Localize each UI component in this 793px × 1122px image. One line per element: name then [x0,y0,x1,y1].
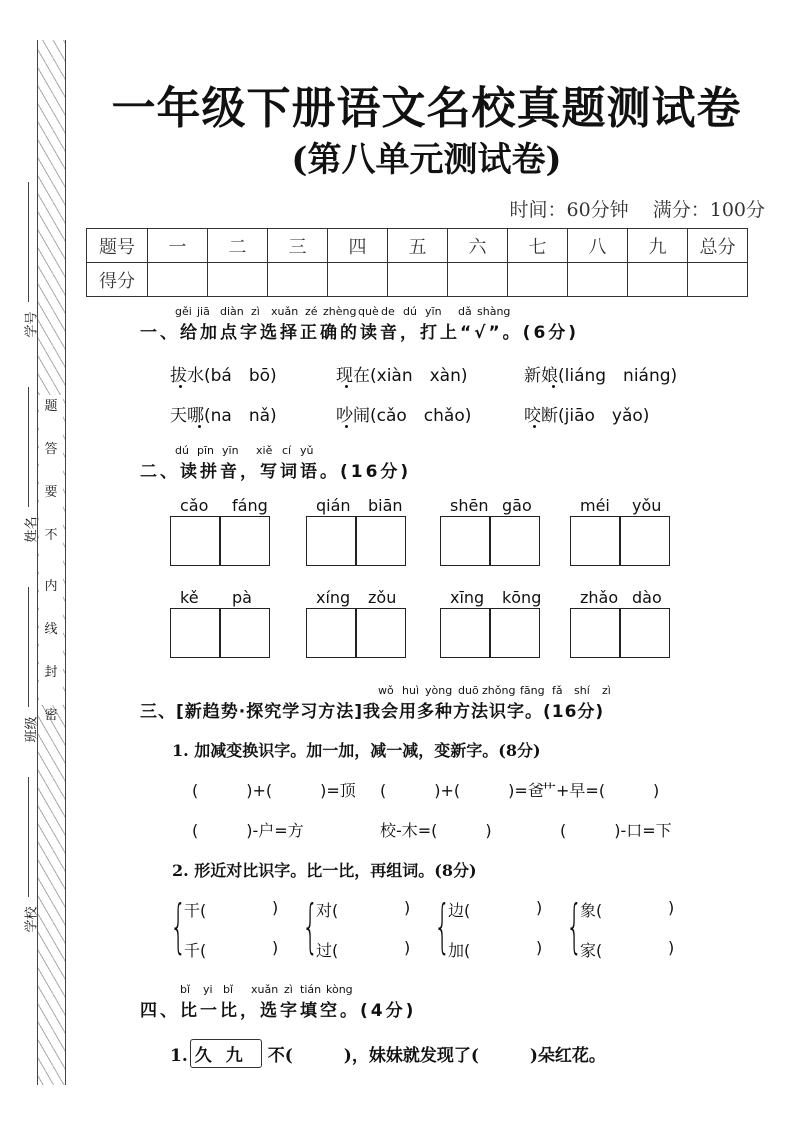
pinyin: shí [574,684,590,697]
section-3-pinyin: wǒhuìyòngduōzhǒngfāngfǎshízì [140,684,760,697]
word-pinyin: biān [368,496,403,515]
word-pair-item[interactable]: 对( [316,898,338,921]
equation-blank[interactable]: ( )-户=方 [192,818,304,841]
writing-box[interactable] [170,516,220,566]
score-table: 题号一二三四五六七八九总分 得分 [86,228,748,297]
pinyin: xuǎn [271,305,298,318]
seal-char: 密 [43,704,59,723]
writing-box[interactable] [306,608,356,658]
equation-blank[interactable]: 校-木=( ) [380,818,492,841]
writing-box[interactable] [490,608,540,658]
seal-char: 封 [43,661,59,680]
word-pair-item[interactable]: 边( [448,898,470,921]
pinyin: wǒ [378,684,394,697]
seal-char: 题 [43,395,59,414]
section-2-pinyin: dúpīnyīnxiěcíyǔ [140,444,760,457]
writing-box[interactable] [490,516,540,566]
pinyin: zé [305,305,318,318]
pinyin: bǐ [180,983,190,996]
word-pair-group: {干()千() [170,896,290,960]
pinyin: què [358,305,379,318]
writing-box[interactable] [440,608,490,658]
pinyin: zì [602,684,611,697]
word-pair-item[interactable]: 千( [184,938,206,961]
word-pinyin: shēn [450,496,488,515]
emphasis-dot [345,385,348,388]
pinyin: yǔ [300,444,313,457]
score-header-cell: 总分 [688,229,748,263]
score-table-score-row: 得分 [87,263,748,297]
field-input-line[interactable] [28,777,29,897]
score-header-cell: 九 [628,229,688,263]
word-pair-group: {象()家() [566,896,686,960]
fill-blank-sentence[interactable]: 不( )，妹妹就发现了( )朵红花。 [268,1046,606,1066]
word-pair-item[interactable]: 干( [184,898,206,921]
score-cell[interactable] [268,263,328,297]
equation-blank[interactable]: ( )+( )=顶 [192,778,356,801]
word-pinyin: cǎo [180,496,208,515]
writing-box[interactable] [306,516,356,566]
score-table-header-row: 题号一二三四五六七八九总分 [87,229,748,263]
emphasis-dot [552,385,555,388]
section-4-heading: 四、比一比，选字填空。(4分) [140,996,760,1021]
pinyin: cí [282,444,291,457]
word-pair-item[interactable]: 家( [580,938,602,961]
pinyin: de [381,305,395,318]
section-4-q1: 1.久九不( )，妹妹就发现了( )朵红花。 [170,1039,606,1068]
section-4-pinyin: bǐyibǐxuǎnzìtiánkòng [140,983,760,996]
word-pinyin: qián [316,496,351,515]
score-cell[interactable] [388,263,448,297]
pinyin: zì [284,983,293,996]
pinyin: dǎ [458,305,472,318]
pinyin: huì [402,684,419,697]
pinyin: zì [251,305,260,318]
writing-box[interactable] [440,516,490,566]
close-paren: ) [668,898,674,917]
close-paren: ) [272,938,278,957]
word-pair-item[interactable]: 加( [448,938,470,961]
close-paren: ) [536,938,542,957]
pinyin: zhǒng [482,684,515,697]
pinyin: jiā [197,305,210,318]
pinyin: duō [458,684,479,697]
score-header-cell: 七 [508,229,568,263]
section-1-pinyin: gěijiādiànzìxuǎnzézhèngquèdedúyīndǎshàng [140,305,760,318]
score-cell[interactable] [208,263,268,297]
seal-char: 要 [43,481,59,500]
word-pair-group: {边()加() [434,896,554,960]
field-label-学号: 学号 [21,305,40,345]
word-pinyin: zhǎo [580,588,618,607]
word-pair-item[interactable]: 象( [580,898,602,921]
score-header-cell: 八 [568,229,628,263]
writing-box[interactable] [170,608,220,658]
field-input-line[interactable] [28,182,29,302]
pinyin: kòng [326,983,353,996]
writing-box[interactable] [356,608,406,658]
pinyin: diàn [220,305,244,318]
close-paren: ) [536,898,542,917]
word-pinyin: xīng [450,588,484,607]
word-pinyin: zǒu [368,588,396,607]
question-number: 1. [170,1046,188,1066]
pinyin: bǐ [223,983,233,996]
pronunciation-choice[interactable]: 拔水(bá bō) [170,361,277,386]
writing-box[interactable] [570,608,620,658]
pinyin: yīn [425,305,442,318]
pinyin: xuǎn [251,983,278,996]
writing-box[interactable] [570,516,620,566]
writing-box[interactable] [356,516,406,566]
score-header-cell: 二 [208,229,268,263]
score-header-cell: 三 [268,229,328,263]
pronunciation-choice[interactable]: 咬断(jiāo yǎo) [524,401,649,426]
equation-blank[interactable]: ( )+( )=爸 [380,778,544,801]
pinyin: xiě [256,444,272,457]
writing-box[interactable] [620,516,670,566]
page-subtitle: (第八单元测试卷) [0,132,793,181]
choice-box: 久九 [190,1039,262,1068]
seal-char: 内 [43,575,59,594]
pinyin: yi [203,983,213,996]
score-header-cell: 题号 [87,229,148,263]
emphasis-dot [198,425,201,428]
equation-blank[interactable]: ( )-口=下 [560,818,672,841]
writing-box[interactable] [220,608,270,658]
seal-char: 线 [43,618,59,637]
word-pair-group: {对()过() [302,896,422,960]
word-pinyin: xíng [316,588,350,607]
word-pinyin: gāo [502,496,532,515]
time-limit: 时间：60分钟 [510,199,629,221]
word-pinyin: yǒu [632,496,661,515]
section-1: gěijiādiànzìxuǎnzézhèngquèdedúyīndǎshàng… [140,305,760,343]
score-cell[interactable] [688,263,748,297]
section-2-heading: 二、读拼音，写词语。(16分) [140,457,760,482]
pinyin: pīn [197,444,214,457]
section-1-heading: 一、给加点字选择正确的读音，打上“√”。(6分) [140,318,760,343]
score-cell[interactable] [148,263,208,297]
pinyin: zhèng [323,305,356,318]
equation-blank[interactable]: 艹+早=( ) [540,778,659,801]
score-header-cell: 一 [148,229,208,263]
score-cell[interactable] [508,263,568,297]
score-cell[interactable] [568,263,628,297]
page-title: 一年级下册语文名校真题测试卷 [0,72,793,136]
score-header-cell: 五 [388,229,448,263]
writing-box[interactable] [620,608,670,658]
pronunciation-choice[interactable]: 吵闹(cǎo chǎo) [336,401,471,426]
field-label-班级: 班级 [21,710,40,750]
writing-box[interactable] [220,516,270,566]
close-paren: ) [404,938,410,957]
score-cell[interactable] [448,263,508,297]
word-pinyin: méi [580,496,610,515]
section-2: dúpīnyīnxiěcíyǔ 二、读拼音，写词语。(16分) cǎofángq… [140,444,760,482]
full-score: 满分：100分 [653,199,765,221]
word-pinyin: dào [632,588,662,607]
seal-char: 答 [43,438,59,457]
section-3-q2-label: 2. 形近对比识字。比一比，再组词。(8分) [172,858,477,881]
field-label-姓名: 姓名 [21,510,40,550]
word-pinyin: pà [232,588,252,607]
pinyin: tián [300,983,321,996]
exam-meta: 时间：60分钟 满分：100分 [492,195,766,222]
word-pair-item[interactable]: 过( [316,938,338,961]
score-header-cell: 四 [328,229,388,263]
score-row-label: 得分 [87,263,148,297]
close-paren: ) [404,898,410,917]
section-3-heading: 三、[新趋势·探究学习方法]我会用多种方法识字。(16分) [140,697,760,722]
field-label-学校: 学校 [21,900,40,940]
word-pinyin: fáng [232,496,268,515]
emphasis-dot [179,385,182,388]
close-paren: ) [668,938,674,957]
score-header-cell: 六 [448,229,508,263]
close-paren: ) [272,898,278,917]
score-cell[interactable] [328,263,388,297]
pronunciation-choice[interactable]: 现在(xiàn xàn) [336,361,468,386]
pinyin: yòng [425,684,452,697]
emphasis-dot [345,425,348,428]
field-input-line[interactable] [28,387,29,507]
field-input-line[interactable] [28,587,29,707]
pinyin: shàng [477,305,510,318]
section-4: bǐyibǐxuǎnzìtiánkòng 四、比一比，选字填空。(4分) 1.久… [140,983,760,1021]
section-3: wǒhuìyòngduōzhǒngfāngfǎshízì 三、[新趋势·探究学习… [140,684,760,722]
emphasis-dot [533,425,536,428]
seal-char: 不 [43,524,59,543]
pronunciation-choice[interactable]: 天哪(na nǎ) [170,401,277,426]
word-pinyin: kě [180,588,199,607]
pinyin: yīn [222,444,239,457]
score-cell[interactable] [628,263,688,297]
pinyin: fāng [520,684,545,697]
word-pinyin: kōng [502,588,541,607]
pronunciation-choice[interactable]: 新娘(liáng niáng) [524,361,677,386]
pinyin: dú [403,305,417,318]
pinyin: dú [175,444,189,457]
pinyin: fǎ [552,684,563,697]
pinyin: gěi [175,305,192,318]
section-3-q1-label: 1. 加减变换识字。加一加，减一减，变新字。(8分) [172,738,541,761]
